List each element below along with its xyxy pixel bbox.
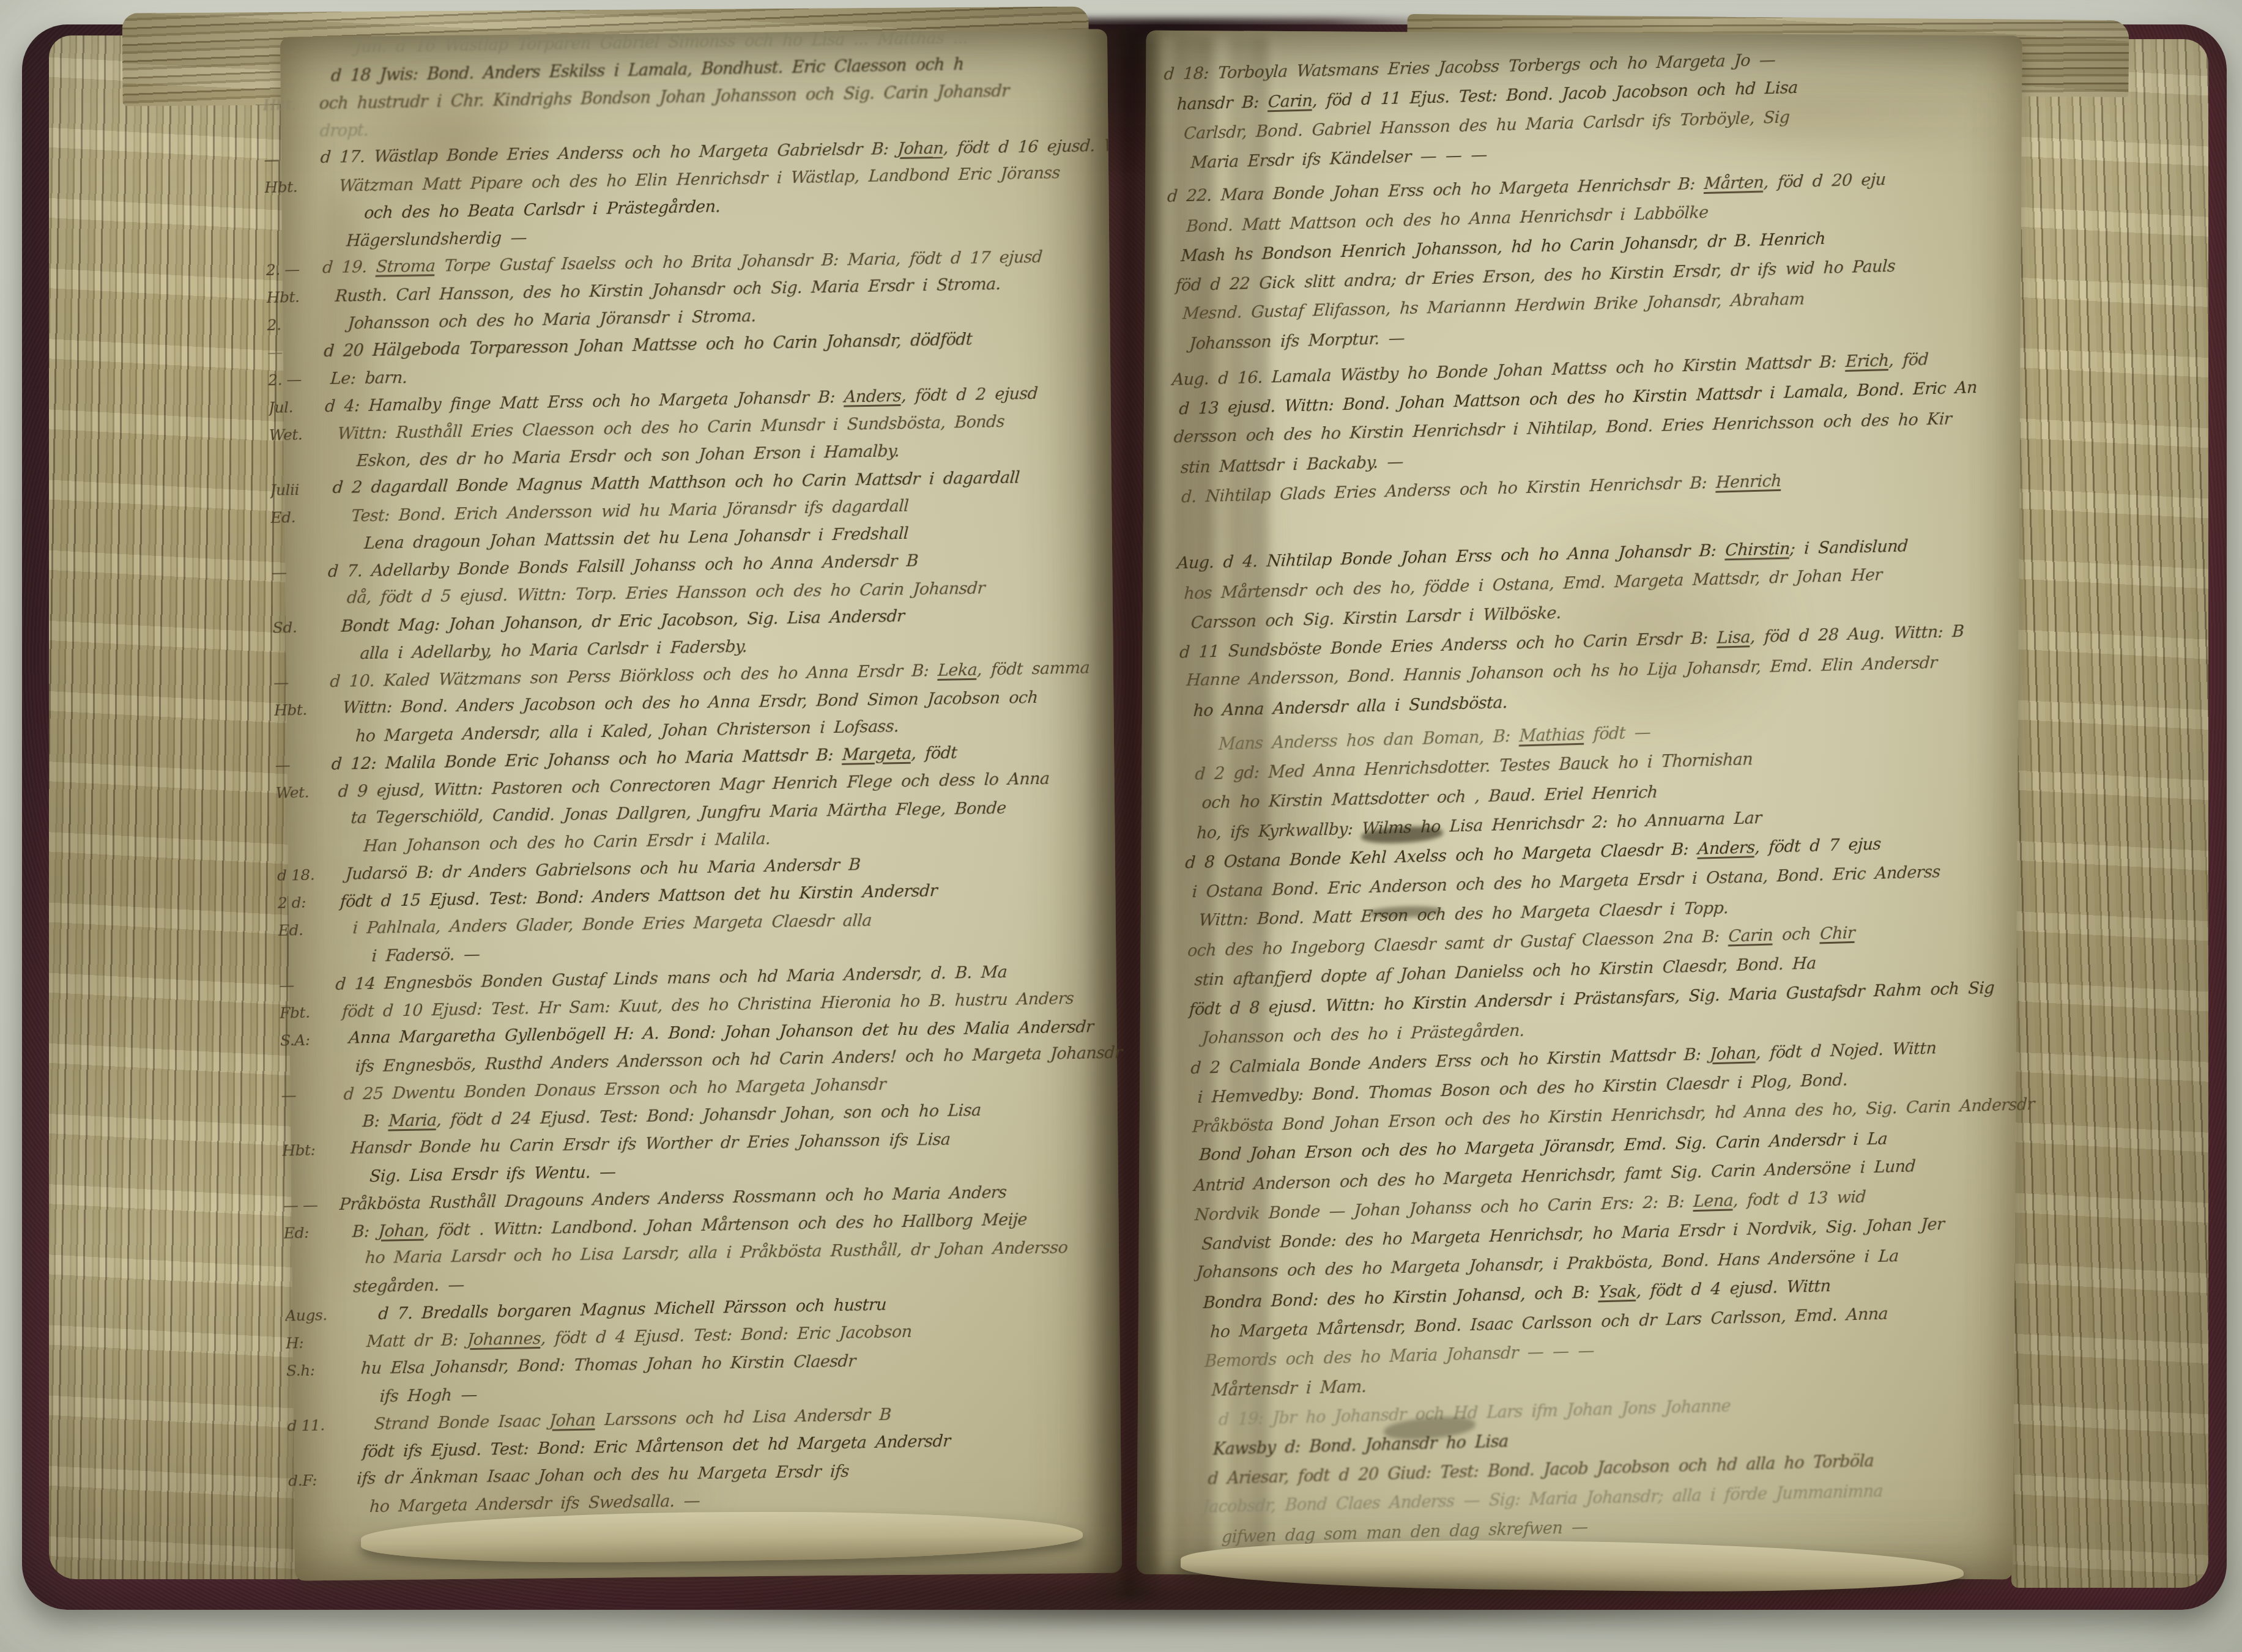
underlined-name: Chir — [1819, 924, 1855, 944]
margin-annotation: Jul. — [269, 398, 325, 417]
underlined-name: Maria — [388, 1111, 437, 1130]
underlined-name: Anders — [1697, 838, 1755, 859]
margin-annotation — [282, 1127, 338, 1128]
margin-annotation — [283, 1182, 339, 1183]
underlined-name: Lisa — [1717, 628, 1750, 648]
margin-annotation — [262, 81, 319, 83]
margin-annotation: Wet. — [275, 783, 332, 802]
underlined-name: Chirstin — [1724, 539, 1790, 560]
margin-annotation: Augs. — [285, 1306, 342, 1325]
margin-annotation: H: — [286, 1333, 343, 1352]
handwritten-text: ifs Hogh — — [343, 1385, 478, 1407]
underlined-name: Leka — [937, 661, 978, 680]
margin-annotation — [281, 1072, 337, 1073]
margin-annotation: Hbt. — [264, 177, 321, 196]
margin-annotation: Hbt. — [266, 287, 323, 306]
margin-annotation — [273, 659, 330, 661]
handwritten-text: Le: barn. — [324, 368, 408, 388]
book-cast-shadow — [538, 1567, 1847, 1628]
underlined-name: Johan — [897, 139, 944, 158]
margin-annotation — [264, 136, 320, 138]
underlined-name: Carin — [1268, 91, 1313, 111]
handwritten-text: stegården. — — [341, 1275, 465, 1297]
underlined-name: Erich — [1845, 351, 1889, 371]
margin-annotation: Ed: — [283, 1223, 340, 1242]
margin-annotation: Ed. — [270, 508, 327, 527]
margin-annotation — [271, 549, 327, 550]
underlined-name: Stroma — [376, 256, 436, 276]
underlined-name: Johan — [1710, 1043, 1756, 1064]
left-page-handwriting: Jun. d 16 Wästlap Torparen Gabriel Simon… — [262, 25, 1134, 1569]
margin-annotation: Julii — [270, 480, 327, 499]
margin-annotation: d 11. — [287, 1416, 344, 1435]
margin-annotation: S.A: — [280, 1031, 337, 1050]
margin-annotation — [277, 824, 333, 826]
margin-annotation: Wet. — [269, 425, 326, 444]
margin-annotation — [272, 604, 329, 606]
margin-annotation: — — [272, 563, 329, 582]
margin-annotation: 2. — [267, 315, 324, 334]
margin-annotation: — — [281, 1086, 338, 1105]
margin-annotation: — — [267, 343, 324, 361]
margin-annotation: Sd. — [272, 618, 329, 637]
margin-annotation — [289, 1513, 345, 1514]
underlined-name: Johannes — [467, 1329, 541, 1349]
margin-annotation: Ed. — [278, 920, 335, 939]
margin-annotation: d.F: — [288, 1471, 345, 1490]
handwritten-text: dropt. — [319, 121, 369, 141]
margin-annotation — [270, 467, 326, 468]
margin-annotation: 2. — — [268, 370, 325, 389]
margin-annotation — [284, 1265, 341, 1266]
margin-annotation: d 18. — [277, 865, 334, 884]
margin-annotation — [288, 1458, 344, 1459]
margin-annotation — [277, 852, 333, 853]
margin-annotation: Hbt: — [282, 1141, 339, 1160]
photograph-of-open-manuscript-book: Jun. d 16 Wästlap Torparen Gabriel Simon… — [0, 0, 2242, 1652]
underlined-name: Mathias — [1519, 725, 1585, 746]
margin-annotation: — — [264, 150, 321, 169]
handwritten-text: i Fadersö. — — [335, 945, 481, 966]
margin-annotation: — — [273, 673, 330, 692]
underlined-name: Mårten — [1704, 173, 1764, 193]
margin-annotation: 2. — — [266, 260, 323, 279]
underlined-name: Lena — [1693, 1191, 1733, 1211]
margin-annotation: — — [275, 755, 332, 774]
margin-annotation: — — — [283, 1196, 340, 1215]
underlined-name: Ysak — [1598, 1282, 1636, 1302]
margin-annotation: Hbt. — [263, 95, 320, 114]
underlined-name: Anders — [844, 387, 902, 407]
handwritten-text: Mårtensdr i Mam. — [1199, 1377, 1367, 1400]
underlined-name: Margeta — [842, 744, 911, 765]
right-page-handwriting: d 18: Torboyla Watsmans Eries Jacobss To… — [1161, 43, 2058, 1601]
margin-annotation: S.h: — [286, 1361, 343, 1380]
margin-annotation — [262, 54, 318, 55]
margin-annotation: Hbt. — [274, 700, 331, 719]
margin-annotation: 2 d: — [278, 893, 335, 912]
margin-annotation — [279, 962, 335, 963]
underlined-name: Johan — [549, 1410, 596, 1430]
margin-annotation — [265, 246, 322, 248]
underlined-name: Carin — [1728, 925, 1773, 946]
margin-annotation — [275, 742, 331, 743]
margin-annotation: — — [279, 976, 336, 995]
margin-annotation — [287, 1402, 343, 1404]
underlined-name: Johan — [378, 1221, 425, 1240]
underlined-name: Henrich — [1715, 472, 1781, 492]
handwritten-text: Hägerslundsherdig — — [321, 228, 527, 251]
margin-annotation: Fbt. — [280, 1003, 336, 1022]
margin-annotation — [285, 1292, 341, 1294]
margin-annotation — [265, 219, 321, 220]
